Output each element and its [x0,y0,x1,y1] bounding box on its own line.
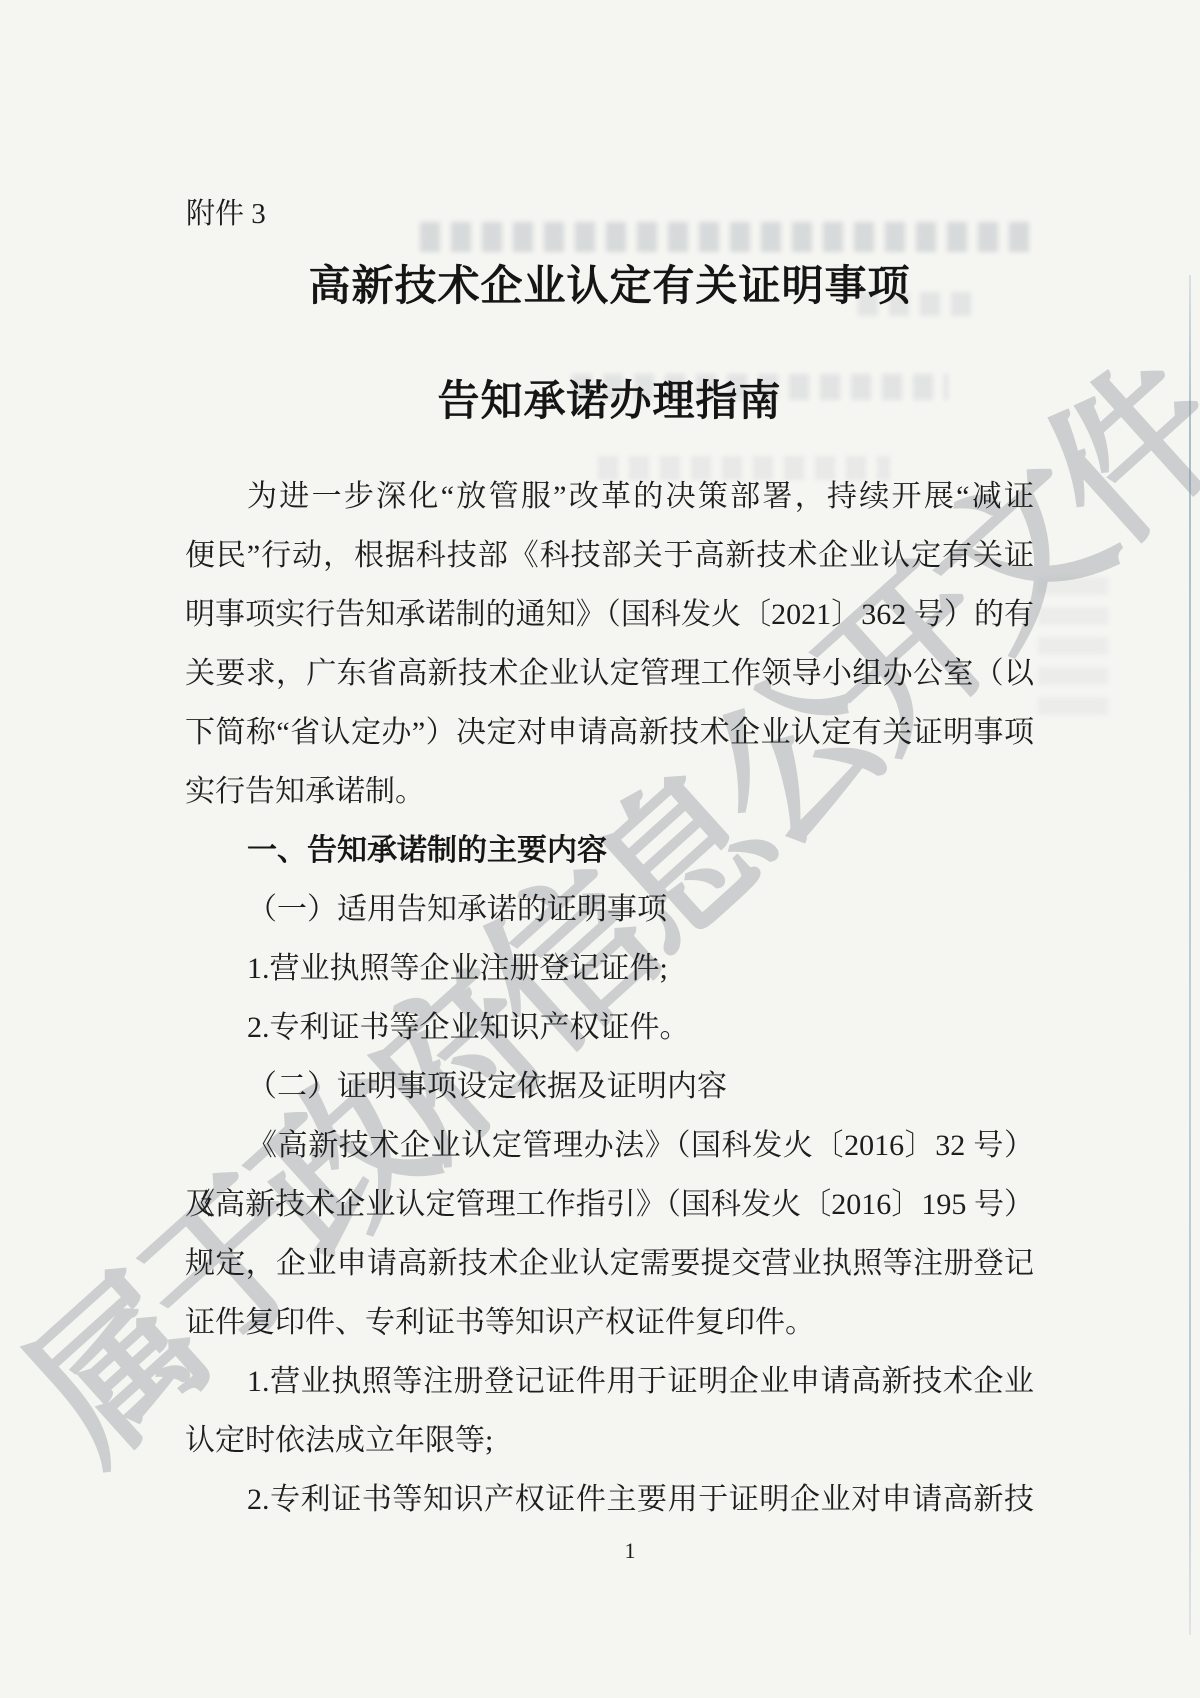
body-line: 为进一步深化“放管服”改革的决策部署，持续开展“减证 [185,467,1034,526]
body-line: 证件复印件、专利证书等知识产权证件复印件。 [185,1293,1034,1352]
body-line: （一）适用告知承诺的证明事项 [185,880,1034,939]
body-line: 2.专利证书等企业知识产权证件。 [185,998,1034,1057]
body-line: 关要求，广东省高新技术企业认定管理工作领导小组办公室（以 [185,644,1034,703]
body-line: 1.营业执照等注册登记证件用于证明企业申请高新技术企业 [185,1352,1034,1411]
body-line: 实行告知承诺制。 [185,762,1034,821]
scanned-document-page: 属于政府信息公开文件 附件 3 高新技术企业认定有关证明事项 告知承诺办理指南 … [0,0,1200,1698]
body-line: （二）证明事项设定依据及证明内容 [185,1057,1034,1116]
body-line: 《高新技术企业认定管理办法》（国科发火〔2016〕32 号）及 [185,1116,1034,1175]
bleed-through-text [420,222,1035,252]
section-heading: 一、告知承诺制的主要内容 [185,821,1034,880]
body-line: 《高新技术企业认定管理工作指引》（国科发火〔2016〕195 号） [185,1175,1034,1234]
doc-title-line-2: 告知承诺办理指南 [185,378,1034,423]
body-line: 认定时依法成立年限等; [185,1411,1034,1470]
attachment-label: 附件 3 [186,199,266,231]
body-line: 2.专利证书等知识产权证件主要用于证明企业对申请高新技 [185,1470,1034,1529]
body-line: 1.营业执照等企业注册登记证件; [185,939,1034,998]
page-number: 1 [585,1538,675,1564]
body-line: 便民”行动，根据科技部《科技部关于高新技术企业认定有关证 [185,526,1034,585]
doc-title-line-1: 高新技术企业认定有关证明事项 [185,263,1034,308]
body-line: 下简称“省认定办”）决定对申请高新技术企业认定有关证明事项 [185,703,1034,762]
scan-edge-line [1189,275,1191,1635]
bleed-through-text [1038,575,1108,715]
body-line: 规定，企业申请高新技术企业认定需要提交营业执照等注册登记 [185,1234,1034,1293]
body-line: 明事项实行告知承诺制的通知》（国科发火〔2021〕362 号）的有 [185,585,1034,644]
document-body: 为进一步深化“放管服”改革的决策部署，持续开展“减证 便民”行动，根据科技部《科… [185,467,1034,1529]
